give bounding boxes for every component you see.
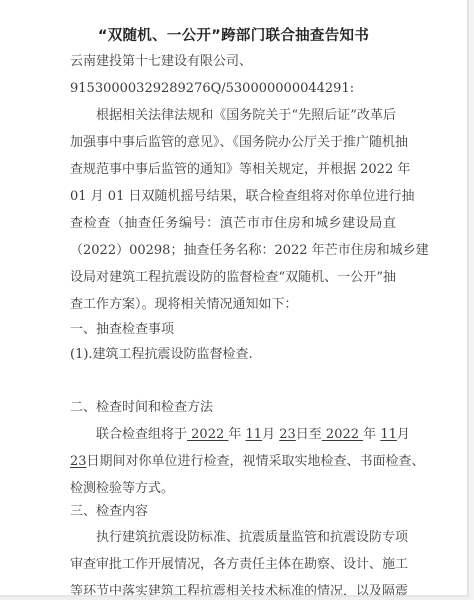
- period-prefix: 联合检查组将于: [96, 427, 187, 442]
- intro-line: 根据相关法律法规和《国务院关于“先照后证”改革后: [96, 108, 396, 124]
- inspection-method-last: 检测检验等方式。: [70, 481, 174, 497]
- year-label: 年: [228, 427, 241, 442]
- document-title: “双随机、一公开”跨部门联合抽查告知书: [0, 24, 467, 45]
- intro-line: 查工作方案）。现将相关情况通知如下：: [70, 297, 298, 313]
- section-1-heading: 一、抽查检查事项: [70, 322, 174, 338]
- to-label: 日至: [296, 427, 322, 442]
- intro-line: 查检查（抽查任务编号：滇芒市市住房和城乡建设局直: [70, 216, 396, 232]
- intro-line: 加强事中事后监管的意见》、《国务院办公厅关于推广随机抽: [70, 135, 396, 151]
- inspection-period-line: 联合检查组将于 2022 年 11月 23日至 2022 年 11月: [96, 427, 410, 443]
- section-3-line: 执行建筑抗震设防标准、抗震质量监管和抗震设防专项: [96, 530, 396, 546]
- section-3-line: 等环节中落实建筑工程抗震相关技术标准的情况，以及隔震: [70, 584, 396, 597]
- end-month: 11: [380, 427, 397, 442]
- end-day: 23: [70, 454, 87, 469]
- period-suffix: 日期间对你单位进行检查，视情采取实地检查、书面检查、: [87, 454, 425, 469]
- intro-line: （2022）00298；抽查任务名称：2022 年芒市住房和城乡建: [70, 243, 396, 259]
- recipient-name: 云南建投第十七建设有限公司、: [70, 54, 252, 70]
- section-3-line: 审查审批工作开展情况，各方责任主体在勘察、设计、施工: [70, 557, 396, 573]
- inspection-method-line: 23日期间对你单位进行检查，视情采取实地检查、书面检查、: [70, 454, 425, 470]
- month-label: 月: [397, 427, 410, 442]
- recipient-codes: 91530000329289276Q/530000000044291:: [70, 81, 354, 97]
- section-2-heading: 二、检查时间和检查方法: [70, 400, 213, 416]
- start-month: 11: [246, 427, 263, 442]
- intro-line: 查规范事中事后监管的通知》等相关规定，并根据 2022 年: [70, 162, 396, 178]
- intro-line: 01 月 01 日双随机摇号结果，联合检查组将对你单位进行抽: [70, 189, 396, 205]
- end-year: 2022: [322, 427, 363, 442]
- month-label: 月: [262, 427, 275, 442]
- intro-line: 设局对建筑工程抗震设防的监督检查“双随机、一公开”抽: [70, 270, 396, 286]
- scrollbar-track[interactable]: [469, 0, 474, 600]
- section-3-heading: 三、检查内容: [70, 504, 148, 520]
- start-day: 23: [279, 427, 296, 442]
- document-page: “双随机、一公开”跨部门联合抽查告知书 云南建投第十七建设有限公司、 91530…: [0, 0, 469, 597]
- year-label: 年: [363, 427, 376, 442]
- section-1-item: (1).建筑工程抗震设防监督检查.: [70, 347, 253, 363]
- start-year: 2022: [187, 427, 228, 442]
